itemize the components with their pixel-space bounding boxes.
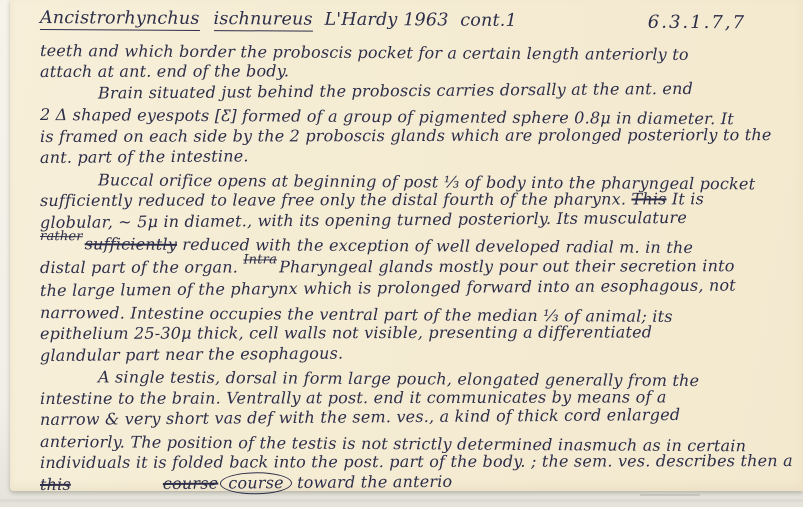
text-segment: It is xyxy=(667,189,705,208)
species-title: ischnureus xyxy=(213,9,312,32)
inserted-word: Intra xyxy=(243,249,277,271)
struck-word: This xyxy=(631,189,666,208)
author-year: L'Hardy 1963 xyxy=(324,10,448,31)
text-segment: ant. part of the intestine. xyxy=(40,146,249,167)
text-segment: Brain situated just behind the proboscis… xyxy=(98,78,693,102)
handwritten-content: Ancistrorhynchusischnureus L'Hardy 1963 … xyxy=(40,8,780,495)
handwritten-line: ant. part of the intestine. xyxy=(40,141,780,168)
handwritten-line: the large lumen of the pharynx which is … xyxy=(40,274,780,301)
text-segment: the large lumen of the pharynx which is … xyxy=(40,276,736,300)
handwritten-line: narrow & very short vas def with the sem… xyxy=(40,403,780,430)
text-segment: attach at ant. end of the body. xyxy=(40,61,289,81)
continuation-label: cont.1 xyxy=(460,11,517,31)
text-segment: glandular part near the esophagous. xyxy=(40,343,343,364)
genus-title: Ancistrorhynchus xyxy=(40,8,200,31)
text-segment: distal part of the organ. xyxy=(40,257,243,277)
circled-word: course xyxy=(220,472,292,495)
text-segment: toward the anterio xyxy=(292,471,453,491)
text-segment: narrow & very short vas def with the sem… xyxy=(40,405,680,429)
struck-word: course xyxy=(163,473,219,492)
struck-word: this xyxy=(40,474,71,493)
text-segment: Pharyngeal glands mostly pour out their … xyxy=(279,256,735,276)
header-line: Ancistrorhynchusischnureus L'Hardy 1963 … xyxy=(40,8,780,34)
scan-edge-line xyxy=(0,499,803,502)
struck-word: sufficiently xyxy=(85,234,177,254)
card-code: 6.3.1.7,7 xyxy=(648,12,746,34)
note-body: teeth and which border the proboscis poc… xyxy=(40,40,780,496)
gap xyxy=(71,489,163,490)
text-segment: globular, ~ 5μ in diamet., with its open… xyxy=(40,207,687,231)
index-card: Ancistrorhynchusischnureus L'Hardy 1963 … xyxy=(10,0,803,491)
text-segment: sufficiently reduced to leave free only … xyxy=(40,189,631,210)
inserted-word: rather xyxy=(40,226,83,248)
card-title: Ancistrorhynchusischnureus L'Hardy 1963 … xyxy=(40,8,523,32)
